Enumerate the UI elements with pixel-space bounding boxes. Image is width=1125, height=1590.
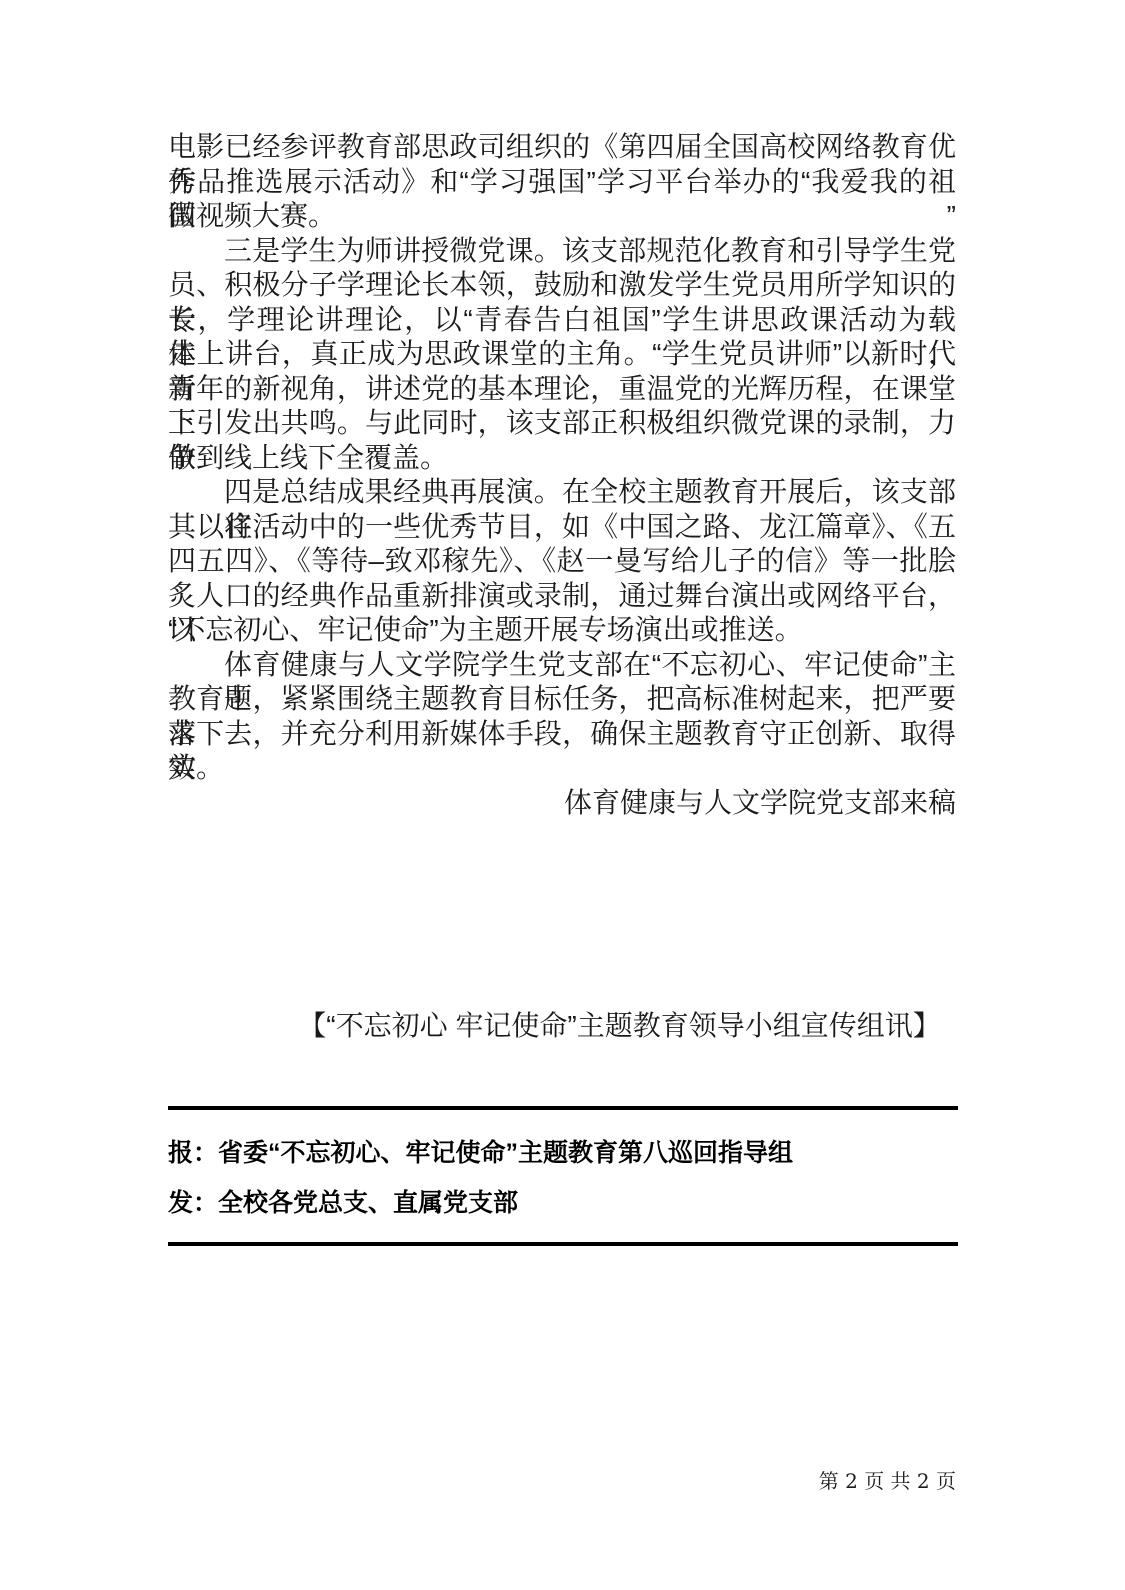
page-number: 第 2 页 共 2 页	[168, 1468, 956, 1494]
body-line: 其以往活动中的一些优秀节目，如《中国之路、龙江篇章》、《五	[168, 510, 956, 545]
body-line: “不忘初心、牢记使命”为主题开展专场演出或推送。	[168, 613, 956, 648]
body-line: 落下去，并充分利用新媒体手段，确保主题教育守正创新、取得实	[168, 717, 956, 752]
body-text-block: 电影已经参评教育部思政司组织的《第四届全国高校网络教育优秀 作品推选展示活动》和…	[168, 130, 956, 820]
separator-rule-bottom	[168, 1242, 958, 1246]
body-line: 体育健康与人文学院学生党支部在“不忘初心、牢记使命”主题	[168, 648, 956, 683]
body-line: 电影已经参评教育部思政司组织的《第四届全国高校网络教育优秀	[168, 130, 956, 165]
report-line: 报：省委“不忘初心、牢记使命”主题教育第八巡回指导组	[168, 1138, 956, 1168]
body-line: 效。	[168, 751, 956, 786]
body-line: 三是学生为师讲授微党课。该支部规范化教育和引导学生党	[168, 234, 956, 269]
body-line: 四五四》、《等待–致邓稼先》、《赵一曼写给儿子的信》等一批脍	[168, 544, 956, 579]
announcement-line: 【“不忘初心 牢记使命”主题教育领导小组宣传组讯】	[168, 1008, 956, 1044]
body-line: 长，学理论讲理论，以“青春告白祖国”学生讲思政课活动为载体，	[168, 303, 956, 338]
body-line: 走上讲台，真正成为思政课堂的主角。“学生党员讲师”以新时代新	[168, 337, 956, 372]
document-page: 电影已经参评教育部思政司组织的《第四届全国高校网络教育优秀 作品推选展示活动》和…	[0, 0, 1125, 1590]
body-line: 四是总结成果经典再展演。在全校主题教育开展后，该支部将	[168, 475, 956, 510]
body-line: 青年的新视角，讲述党的基本理论，重温党的光辉历程，在课堂上	[168, 372, 956, 407]
body-line: 教育中，紧紧围绕主题教育目标任务，把高标准树起来，把严要求	[168, 682, 956, 717]
body-line: 员、积极分子学理论长本领，鼓励和激发学生党员用所学知识的专	[168, 268, 956, 303]
body-line: 炙人口的经典作品重新排演或录制，通过舞台演出或网络平台，以	[168, 579, 956, 614]
separator-rule-top	[168, 1106, 958, 1110]
body-line: 做到线上线下全覆盖。	[168, 441, 956, 476]
body-line: 下引发出共鸣。与此同时，该支部正积极组织微党课的录制，力争	[168, 406, 956, 441]
attribution-line: 体育健康与人文学院党支部来稿	[168, 786, 956, 821]
distribution-line: 发：全校各党总支、直属党支部	[168, 1188, 956, 1218]
body-line: 作品推选展示活动》和“学习强国”学习平台举办的“我爱我的祖国”	[168, 165, 956, 200]
